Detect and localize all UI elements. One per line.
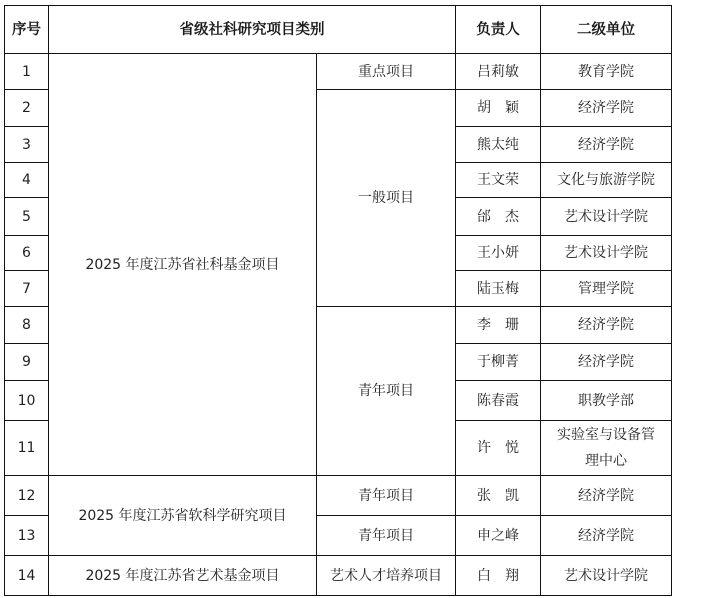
leader-name: 王小妍	[456, 236, 541, 271]
subcategory: 青年项目	[317, 516, 456, 556]
subcategory: 青年项目	[317, 307, 456, 476]
unit-name: 管理学院	[541, 271, 672, 307]
unit-name: 艺术设计学院	[541, 236, 672, 271]
unit-name: 经济学院	[541, 344, 672, 381]
leader-name: 张 凯	[456, 476, 541, 516]
unit-name: 经济学院	[541, 516, 672, 556]
group-category: 2025 年度江苏省软科学研究项目	[49, 476, 317, 556]
project-table: 序号 省级社科研究项目类别 负责人 二级单位 1 2025 年度江苏省社科基金项…	[4, 5, 672, 596]
row-index: 12	[5, 476, 49, 516]
unit-name: 教育学院	[541, 54, 672, 90]
group-category: 2025 年度江苏省社科基金项目	[49, 54, 317, 476]
header-row: 序号 省级社科研究项目类别 负责人 二级单位	[5, 6, 672, 54]
group-category: 2025 年度江苏省艺术基金项目	[49, 556, 317, 596]
row-index: 11	[5, 421, 49, 476]
row-index: 7	[5, 271, 49, 307]
leader-name: 陆玉梅	[456, 271, 541, 307]
row-index: 8	[5, 307, 49, 344]
row-index: 13	[5, 516, 49, 556]
unit-name: 艺术设计学院	[541, 198, 672, 236]
row-index: 14	[5, 556, 49, 596]
row-index: 3	[5, 127, 49, 163]
unit-name: 经济学院	[541, 127, 672, 163]
leader-name: 吕莉敏	[456, 54, 541, 90]
row-index: 1	[5, 54, 49, 90]
leader-name: 白 翔	[456, 556, 541, 596]
subcategory: 艺术人才培养项目	[317, 556, 456, 596]
header-category: 省级社科研究项目类别	[49, 6, 456, 54]
leader-name: 熊太纯	[456, 127, 541, 163]
table-row: 14 2025 年度江苏省艺术基金项目 艺术人才培养项目 白 翔 艺术设计学院	[5, 556, 672, 596]
row-index: 5	[5, 198, 49, 236]
leader-name: 申之峰	[456, 516, 541, 556]
header-leader: 负责人	[456, 6, 541, 54]
subcategory: 青年项目	[317, 476, 456, 516]
unit-name: 实验室与设备管理中心	[541, 421, 672, 476]
unit-name: 经济学院	[541, 307, 672, 344]
leader-name: 李 珊	[456, 307, 541, 344]
row-index: 10	[5, 381, 49, 421]
row-index: 9	[5, 344, 49, 381]
leader-name: 陈春霞	[456, 381, 541, 421]
unit-name: 艺术设计学院	[541, 556, 672, 596]
row-index: 4	[5, 163, 49, 198]
row-index: 2	[5, 90, 49, 127]
leader-name: 胡 颖	[456, 90, 541, 127]
table-row: 1 2025 年度江苏省社科基金项目 重点项目 吕莉敏 教育学院	[5, 54, 672, 90]
subcategory: 一般项目	[317, 90, 456, 307]
table-row: 12 2025 年度江苏省软科学研究项目 青年项目 张 凯 经济学院	[5, 476, 672, 516]
unit-name: 经济学院	[541, 90, 672, 127]
header-index: 序号	[5, 6, 49, 54]
unit-name: 经济学院	[541, 476, 672, 516]
row-index: 6	[5, 236, 49, 271]
leader-name: 许 悦	[456, 421, 541, 476]
header-unit: 二级单位	[541, 6, 672, 54]
unit-name: 职教学部	[541, 381, 672, 421]
subcategory: 重点项目	[317, 54, 456, 90]
unit-name: 文化与旅游学院	[541, 163, 672, 198]
leader-name: 王文荣	[456, 163, 541, 198]
leader-name: 于柳菁	[456, 344, 541, 381]
leader-name: 邰 杰	[456, 198, 541, 236]
